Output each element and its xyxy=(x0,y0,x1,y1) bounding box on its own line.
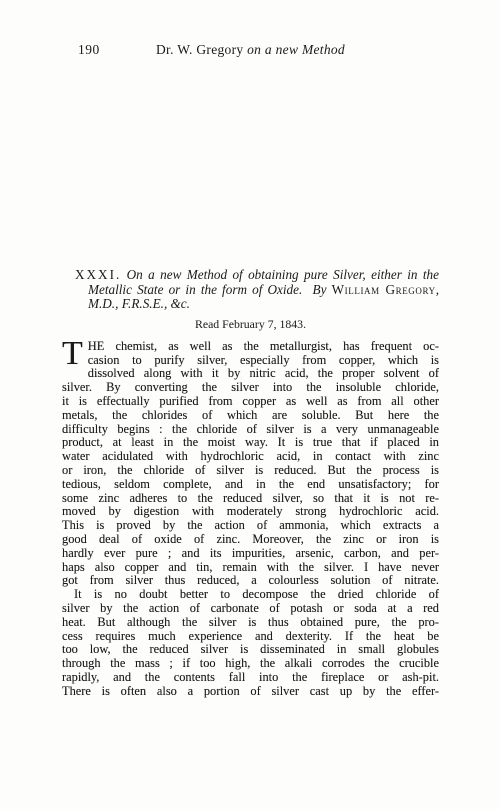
body-line: difficulty begins : the chloride of silv… xyxy=(62,423,439,437)
body-line: This is proved by the action of ammonia,… xyxy=(62,519,439,533)
body-line: product, at least in the moist way. It i… xyxy=(62,436,439,450)
running-head: Dr. W. Gregory on a new Method xyxy=(62,41,439,58)
body-line: HE chemist, as well as the metallurgist,… xyxy=(62,340,439,354)
page-header: 190 Dr. W. Gregory on a new Method xyxy=(62,41,439,58)
body-line: good deal of oxide of zinc. Moreover, th… xyxy=(62,533,439,547)
body-line: heat. But although the silver is thus ob… xyxy=(62,616,439,630)
body-line: silver. By converting the silver into th… xyxy=(62,381,439,395)
body-line: through the mass ; if too high, the alka… xyxy=(62,657,439,671)
author-name: William Gregory xyxy=(332,282,436,297)
body-line: water acidulated with hydrochloric acid,… xyxy=(62,450,439,464)
running-head-italic: on a new Method xyxy=(247,42,345,57)
running-head-roman: Dr. W. Gregory xyxy=(156,42,243,57)
body-line: haps also copper and tin, remain with th… xyxy=(62,561,439,575)
body-line: some zinc adheres to the reduced silver,… xyxy=(62,492,439,506)
body-text: THE chemist, as well as the metallurgist… xyxy=(62,340,439,699)
body-line: It is no doubt better to decompose the d… xyxy=(62,588,439,602)
body-line: got from silver thus reduced, a colourle… xyxy=(62,574,439,588)
body-line: moved by digestion with moderately stron… xyxy=(62,505,439,519)
read-date-line: Read February 7, 1843. xyxy=(62,317,439,331)
body-line: tedious, seldom complete, and in the end… xyxy=(62,478,439,492)
body-line: cess requires much experience and dexter… xyxy=(62,630,439,644)
page: 190 Dr. W. Gregory on a new Method XXXI.… xyxy=(0,0,500,809)
body-line: dissolved along with it by nitric acid, … xyxy=(62,367,439,381)
article-heading: XXXI. On a new Method of obtaining pure … xyxy=(62,268,439,312)
body-line: casion to purify silver, especially from… xyxy=(62,354,439,368)
body-line: or iron, the chloride of silver is reduc… xyxy=(62,464,439,478)
body-line: silver by the action of carbonate of pot… xyxy=(62,602,439,616)
drop-cap: T xyxy=(62,341,83,368)
body-line: too low, the reduced silver is dissemina… xyxy=(62,643,439,657)
page-number: 190 xyxy=(78,41,100,58)
text-column: XXXI. On a new Method of obtaining pure … xyxy=(62,268,439,699)
byline-by: By xyxy=(313,282,327,297)
article-number: XXXI. xyxy=(75,267,121,282)
body-line: metals, the chlorides of which are solub… xyxy=(62,409,439,423)
body-line: There is often also a portion of silver … xyxy=(62,685,439,699)
body-line: rapidly, and the contents fall into the … xyxy=(62,671,439,685)
body-line: hardly ever pure ; and its impurities, a… xyxy=(62,547,439,561)
body-line: it is effectually purified from copper a… xyxy=(62,395,439,409)
